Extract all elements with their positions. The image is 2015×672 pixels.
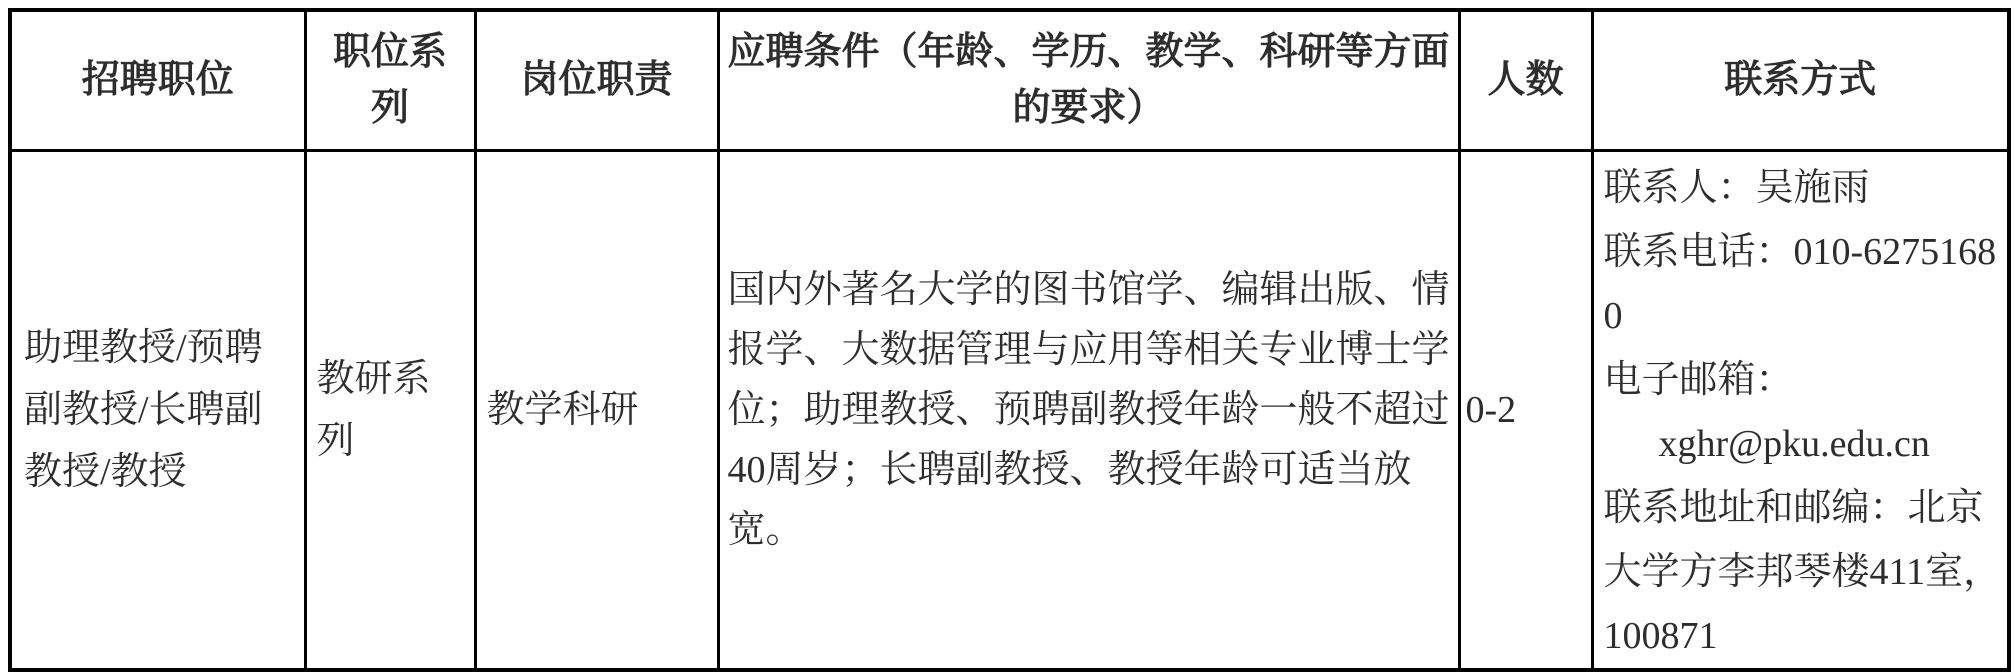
header-series: 职位系列 [305,10,475,150]
contact-cell: 联系人：吴施雨 联系电话：010-62751680 电子邮箱： xghr@pku… [1592,150,2009,618]
requirements-cell: 国内外著名大学的图书馆学、编辑出版、情报学、大数据管理与应用等相关专业博士学位；… [718,150,1459,618]
table-header-row: 招聘职位 职位系列 岗位职责 应聘条件（年龄、学历、教学、科研等方面的要求） 人… [10,10,2009,150]
table-row: 助理教授/预聘副教授/长聘副教授/教授 教研系列 教学科研 国内外著名大学的图书… [10,150,2009,618]
header-duty: 岗位职责 [475,10,718,150]
duty-cell: 教学科研 [475,150,718,618]
contact-phone: 联系电话：010-62751680 [1604,220,2004,348]
header-position: 招聘职位 [10,10,305,150]
contact-address: 联系地址和邮编：北京大学方李邦琴楼411室，100871 [1604,476,2004,619]
recruitment-table: 招聘职位 职位系列 岗位职责 应聘条件（年龄、学历、教学、科研等方面的要求） 人… [8,8,2011,618]
series-cell: 教研系列 [305,150,475,618]
contact-email-address: xghr@pku.edu.cn [1604,412,2004,476]
position-cell: 助理教授/预聘副教授/长聘副教授/教授 [10,150,305,618]
header-contact: 联系方式 [1592,10,2009,150]
header-headcount: 人数 [1459,10,1592,150]
header-requirements: 应聘条件（年龄、学历、教学、科研等方面的要求） [718,10,1459,150]
headcount-cell: 0-2 [1459,150,1592,618]
contact-email-label: 电子邮箱： [1604,348,2004,412]
contact-person: 联系人：吴施雨 [1604,156,2004,220]
